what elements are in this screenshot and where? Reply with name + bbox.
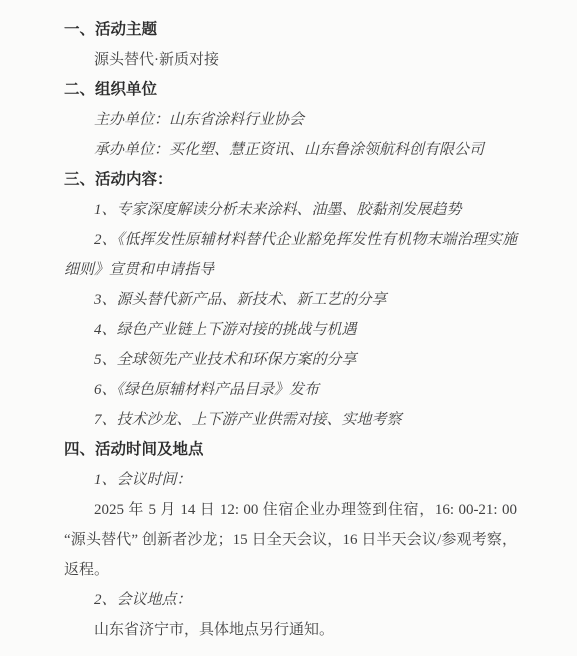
content-item-3: 3、源头替代新产品、新技术、新工艺的分享	[64, 285, 517, 315]
content-item-4: 4、绿色产业链上下游对接的挑战与机遇	[64, 315, 517, 345]
content-item-1: 1、专家深度解读分析未来涂料、油墨、胶黏剂发展趋势	[64, 195, 517, 225]
content-item-5: 5、全球领先产业技术和环保方案的分享	[64, 345, 517, 375]
heading-organizers: 二、组织单位	[64, 75, 517, 105]
activity-theme-text: 源头替代·新质对接	[64, 45, 517, 75]
co-organizer-line: 承办单位：买化塑、慧正资讯、山东鲁涂领航科创有限公司	[64, 135, 517, 165]
content-item-7: 7、技术沙龙、上下游产业供需对接、实地考察	[64, 405, 517, 435]
meeting-location-detail: 山东省济宁市，具体地点另行通知。	[64, 615, 517, 645]
meeting-location-label: 2、会议地点：	[64, 585, 517, 615]
meeting-time-label: 1、会议时间：	[64, 465, 517, 495]
heading-time-location: 四、活动时间及地点	[64, 435, 517, 465]
meeting-time-detail: 2025 年 5 月 14 日 12: 00 住宿企业办理签到住宿，16: 00…	[64, 495, 517, 585]
heading-activity-content: 三、活动内容：	[64, 165, 517, 195]
host-organizer-line: 主办单位：山东省涂料行业协会	[64, 105, 517, 135]
content-item-2: 2、《低挥发性原辅材料替代企业豁免挥发性有机物末端治理实施细则》宣贯和申请指导	[64, 225, 517, 285]
heading-activity-theme: 一、活动主题	[64, 15, 517, 45]
document-page: 一、活动主题 源头替代·新质对接 二、组织单位 主办单位：山东省涂料行业协会 承…	[0, 0, 577, 656]
content-item-6: 6、《绿色原辅材料产品目录》发布	[64, 375, 517, 405]
